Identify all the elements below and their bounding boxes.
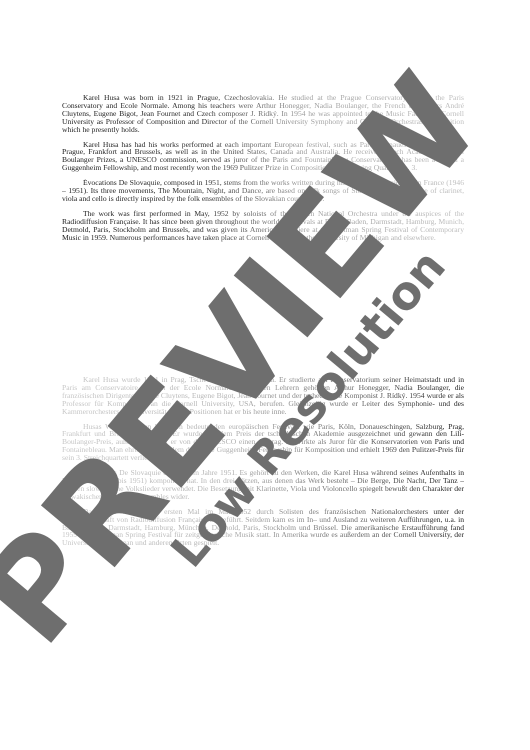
paragraph-performances: Karel Husa has had his works performed a… [62,141,464,173]
english-text-block: Karel Husa was born in 1921 in Prague, C… [62,94,464,249]
german-text-block: Karel Husa wurde 1921 in Prag, Tschechos… [62,376,464,554]
paragraph-biografie: Karel Husa wurde 1921 in Prag, Tschechos… [62,376,464,416]
paragraph-auffuehrungen: Husas Werke wurden bei allen bedeutenden… [62,423,464,463]
paragraph-biography: Karel Husa was born in 1921 in Prague, C… [62,94,464,134]
paragraph-evocations: Évocations De Slovaquie, composed in 195… [62,179,464,203]
document-page: Karel Husa was born in 1921 in Prague, C… [0,0,530,750]
paragraph-premiere: The work was first performed in May, 195… [62,210,464,242]
paragraph-evocations-de: Évocations De Slovaquie entstand im Jahr… [62,469,464,501]
paragraph-urauffuehrung: Das Werk wurde zum ersten Mal im Mai 195… [62,508,464,548]
